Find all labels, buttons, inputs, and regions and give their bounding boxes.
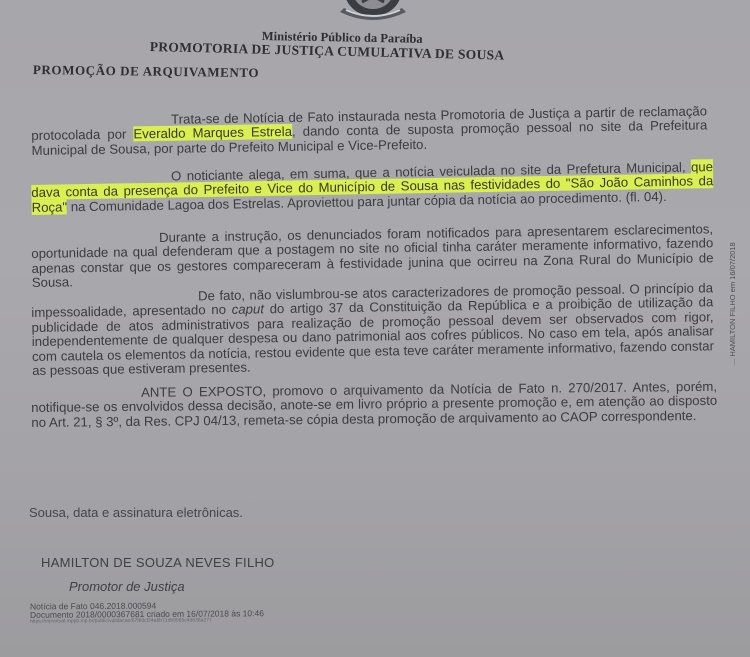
document-title: PROMOÇÃO DE ARQUIVAMENTO <box>33 62 259 81</box>
coat-of-arms-icon <box>332 0 414 22</box>
paragraph-5: ANTE O EXPOSTO, promovo o arquivamento d… <box>31 380 717 430</box>
signer-role: Promotor de Justiça <box>69 579 185 594</box>
closing-line: Sousa, data e assinatura eletrônicas. <box>29 505 243 520</box>
signer-name: HAMILTON DE SOUZA NEVES FILHO <box>41 555 275 570</box>
scanned-document-page: Ministério Público da Paraíba PROMOTORIA… <box>0 0 750 657</box>
paragraph-1: Trata-se de Notícia de Fato instaurada n… <box>31 104 708 158</box>
footer-validation-link[interactable]: https://mpvirtual.mppb.mp.br/public/vali… <box>30 617 212 624</box>
paragraph-2: O noticiante alega, em suma, que a notíc… <box>31 160 714 215</box>
margin-signature-stamp: ... HAMILTON FILHO em 16/07/2018 <box>728 242 737 365</box>
paragraph-3: Durante a instrução, os denunciados fora… <box>31 222 714 290</box>
office-name: PROMOTORIA DE JUSTIÇA CUMULATIVA DE SOUS… <box>150 39 505 64</box>
paragraph-4: De fato, não vislumbrou-se atos caracter… <box>31 281 714 378</box>
